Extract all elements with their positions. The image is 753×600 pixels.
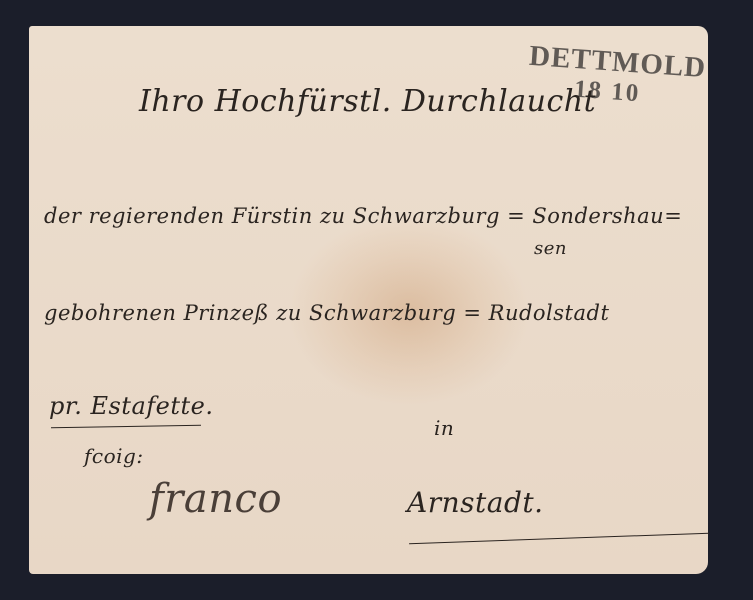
postage-abbrev: fcoig: [84,444,144,468]
address-preposition: in [434,416,454,440]
address-line-title: gebohrenen Prinzeß zu Schwarzburg = Rudo… [44,301,609,325]
destination-town: Arnstadt. [407,486,544,519]
destination-underline [409,533,709,544]
address-salutation: Ihro Hochfürstl. Durchlaucht [139,84,596,119]
delivery-method: pr. Estafette. [49,392,213,420]
address-line-recipient: der regierenden Fürstin zu Schwarzburg =… [44,204,682,228]
franco-note: franco [149,476,282,522]
envelope: DETTMOLD 18 10 Ihro Hochfürstl. Durchlau… [29,26,708,574]
address-line-recipient-cont: sen [534,238,567,259]
delivery-underline [51,425,201,429]
